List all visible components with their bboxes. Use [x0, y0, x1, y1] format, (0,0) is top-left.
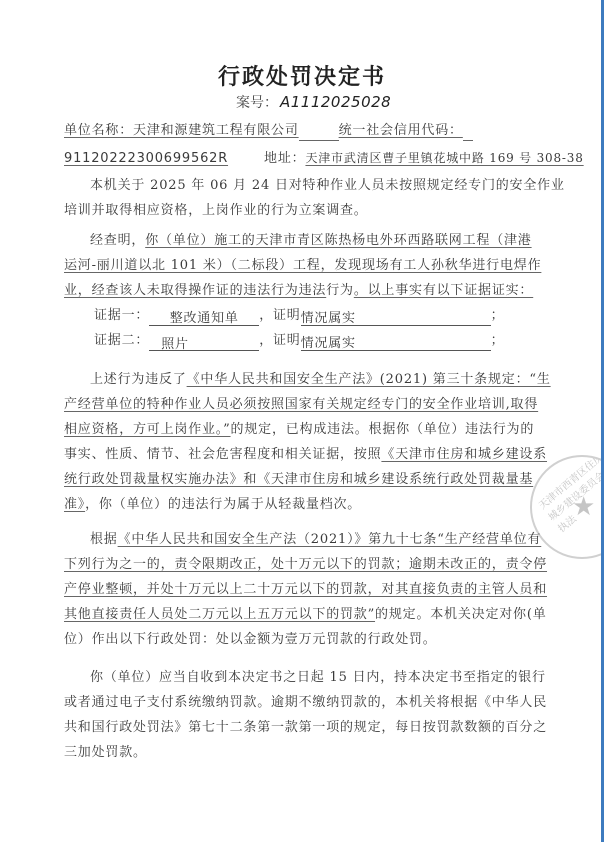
paragraph-5-line: 你（单位）应当自收到本决定书之日起 15 日内，持本决定书至指定的银行 [64, 668, 546, 688]
paragraph-3-line: 事实、性质、情节、社会危害程度和相关证据，按照《天津市住房和城乡建设系 [64, 445, 547, 465]
party-name-line: 单位名称：天津和源建筑工程有限公司统一社会信用代码： [64, 121, 473, 141]
evidence-item: 证据一：整改通知单，证明情况属实； [94, 306, 504, 326]
evidence-item: 证据二：照片，证明情况属实； [94, 331, 504, 351]
paragraph-4-line: 根据《中华人民共和国安全生产法（2021）》第九十七条“生产经营单位有 [64, 530, 541, 550]
paragraph-3-line: 相应资格，方可上岗作业。”的规定，已构成违法。根据你（单位）违法行为的 [64, 420, 534, 440]
paragraph-3-line: 产经营单位的特种作业人员必须按照国家有关规定经专门的安全作业培训,取得 [64, 395, 538, 415]
address-label: 地址： [264, 151, 305, 166]
credit-address-line: 91120222300699562R地址：天津市武清区曹子里镇花城中路 169 … [64, 148, 584, 169]
paragraph-3-line: 准》，你（单位）的违法行为属于从轻裁量档次。 [64, 495, 361, 515]
case-number-label: 案号： [236, 95, 278, 111]
paragraph-3-line: 上述行为违反了《中华人民共和国安全生产法》(2021) 第三十条规定：“生 [64, 370, 551, 390]
paragraph-2-line: 经查明，你（单位）施工的天津市青区陈热杨电外环西路联网工程（津港 [64, 231, 532, 251]
paragraph-5-line: 共和国行政处罚法》第七十二条第一款第一项的规定，每日按罚款数额的百分之 [64, 718, 547, 738]
paragraph-3-line: 统行政处罚裁量权实施办法》和《天津市住房和城乡建设系统行政处罚裁量基 [64, 470, 533, 490]
paragraph-5-line: 或者通过电子支付系统缴纳罚款。逾期不缴纳罚款的，本机关将根据《中华人民 [64, 693, 547, 713]
case-number-value: A1112025028 [280, 93, 391, 111]
paragraph-4-line: 下列行为之一的，责令限期改正，处十万元以下的罚款；逾期未改正的，责令停 [64, 555, 547, 575]
paragraph-4-line: 位）作出以下行政处罚：处以金额为壹万元罚款的行政处罚。 [64, 630, 437, 650]
credit-code-value: 91120222300699562R [64, 151, 228, 166]
paragraph-1-line: 培训并取得相应资格，上岗作业的行为立案调查。 [64, 201, 368, 221]
star-icon: ★ [572, 492, 595, 522]
paragraph-1-line: 本机关于 2025 年 06 月 24 日对特种作业人员未按照规定经专门的安全作… [64, 176, 565, 196]
party-name: 单位名称：天津和源建筑工程有限公司 [64, 123, 299, 138]
credit-code-label: 统一社会信用代码： [339, 123, 463, 138]
paragraph-2-line: 运河-丽川道以北 101 米）（二标段）工程，发现现场有工人孙秋华进行电焊作 [64, 256, 541, 276]
paragraph-5-line: 三加处罚款。 [64, 743, 147, 763]
paragraph-4-line: 其他直接责任人员处二万元以上五万元以下的罚款”的规定。本机关决定对你(单 [64, 605, 547, 625]
address-value: 天津市武清区曹子里镇花城中路 169 号 308-38 [305, 151, 583, 165]
paragraph-2-line: 业，经查该人未取得操作证的违法行为违法行为。以上事实有以下证据证实： [64, 281, 533, 301]
document-page: 行政处罚决定书 案号：A1112025028 单位名称：天津和源建筑工程有限公司… [0, 0, 600, 842]
paragraph-4-line: 产停业整顿，并处十万元以上二十万元以下的罚款，对其直接负责的主管人员和 [64, 580, 547, 600]
case-number: 案号：A1112025028 [236, 92, 391, 112]
document-title: 行政处罚决定书 [0, 60, 604, 91]
